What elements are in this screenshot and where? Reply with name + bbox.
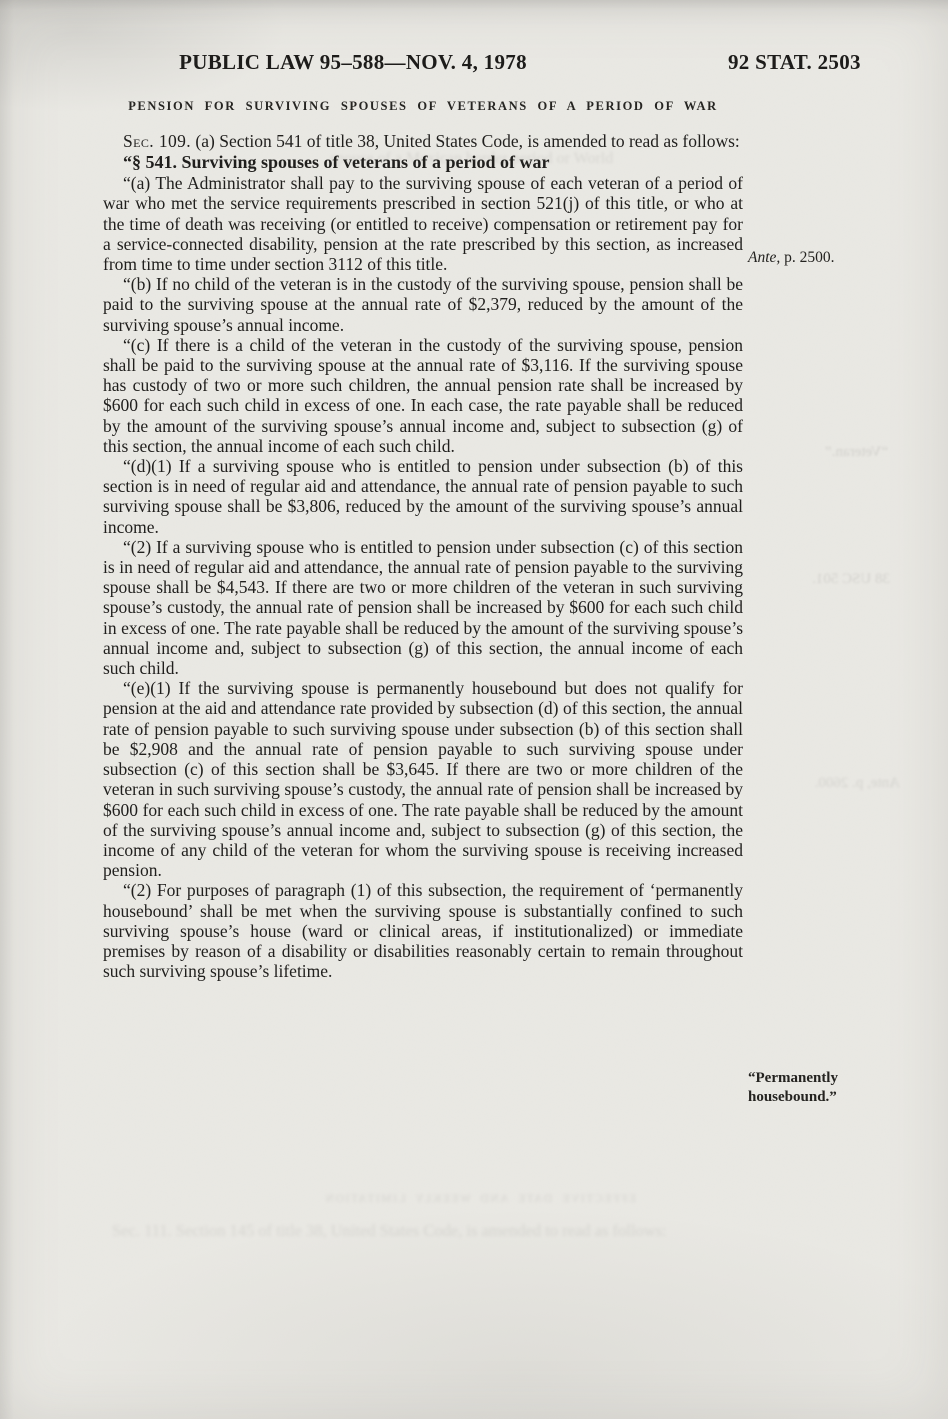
statute-paragraph-d1: “(d)(1) If a surviving spouse who is ent… — [103, 456, 743, 537]
bleedthrough-usc-citation: 38 USC 501. — [760, 571, 890, 588]
statute-paragraph-c: “(c) If there is a child of the veteran … — [103, 335, 743, 456]
margin-note-ante-italic: Ante, — [748, 249, 780, 266]
bleedthrough-ante-p2600: Ante, p. 2600. — [755, 775, 900, 792]
statute-section-heading: “§ 541. Surviving spouses of veterans of… — [103, 151, 743, 173]
statute-paragraph-a: “(a) The Administrator shall pay to the … — [103, 173, 743, 274]
statute-body-column: Sec. 109. (a) Section 541 of title 38, U… — [103, 131, 743, 981]
bleedthrough-veteran: “Veteran.” — [768, 444, 888, 461]
bleedthrough-sec-111-paragraph: Sec. 111. Section 145 of title 38, Unite… — [112, 1220, 747, 1241]
sec-109-paragraph: Sec. 109. (a) Section 541 of title 38, U… — [103, 131, 743, 151]
sec-number: Sec. 109. — [123, 131, 191, 151]
statute-paragraph-b: “(b) If no child of the veteran is in th… — [103, 274, 743, 335]
margin-note-permanently-housebound: “Permanently housebound.” — [748, 1069, 918, 1106]
running-head-law-title: PUBLIC LAW 95–588—NOV. 4, 1978 — [103, 50, 603, 75]
statute-paragraph-e2: “(2) For purposes of paragraph (1) of th… — [103, 880, 743, 981]
scanned-statute-page: PUBLIC LAW 95–588—NOV. 4, 1978 92 STAT. … — [0, 0, 948, 1419]
bleedthrough-caps-heading: EFFECTIVE DATE AND WEEKLY LIMITATION — [300, 1193, 660, 1205]
statute-paragraph-e1: “(e)(1) If the surviving spouse is perma… — [103, 678, 743, 880]
statute-paragraph-d2: “(2) If a surviving spouse who is entitl… — [103, 537, 743, 678]
article-heading: PENSION FOR SURVIVING SPOUSES OF VETERAN… — [103, 99, 743, 114]
margin-note-ante-rest: p. 2500. — [780, 249, 834, 266]
stat-page-citation: 92 STAT. 2503 — [728, 50, 861, 75]
margin-note-ante-p2500: Ante, p. 2500. — [748, 249, 918, 268]
sec-109-text: (a) Section 541 of title 38, United Stat… — [191, 131, 740, 151]
